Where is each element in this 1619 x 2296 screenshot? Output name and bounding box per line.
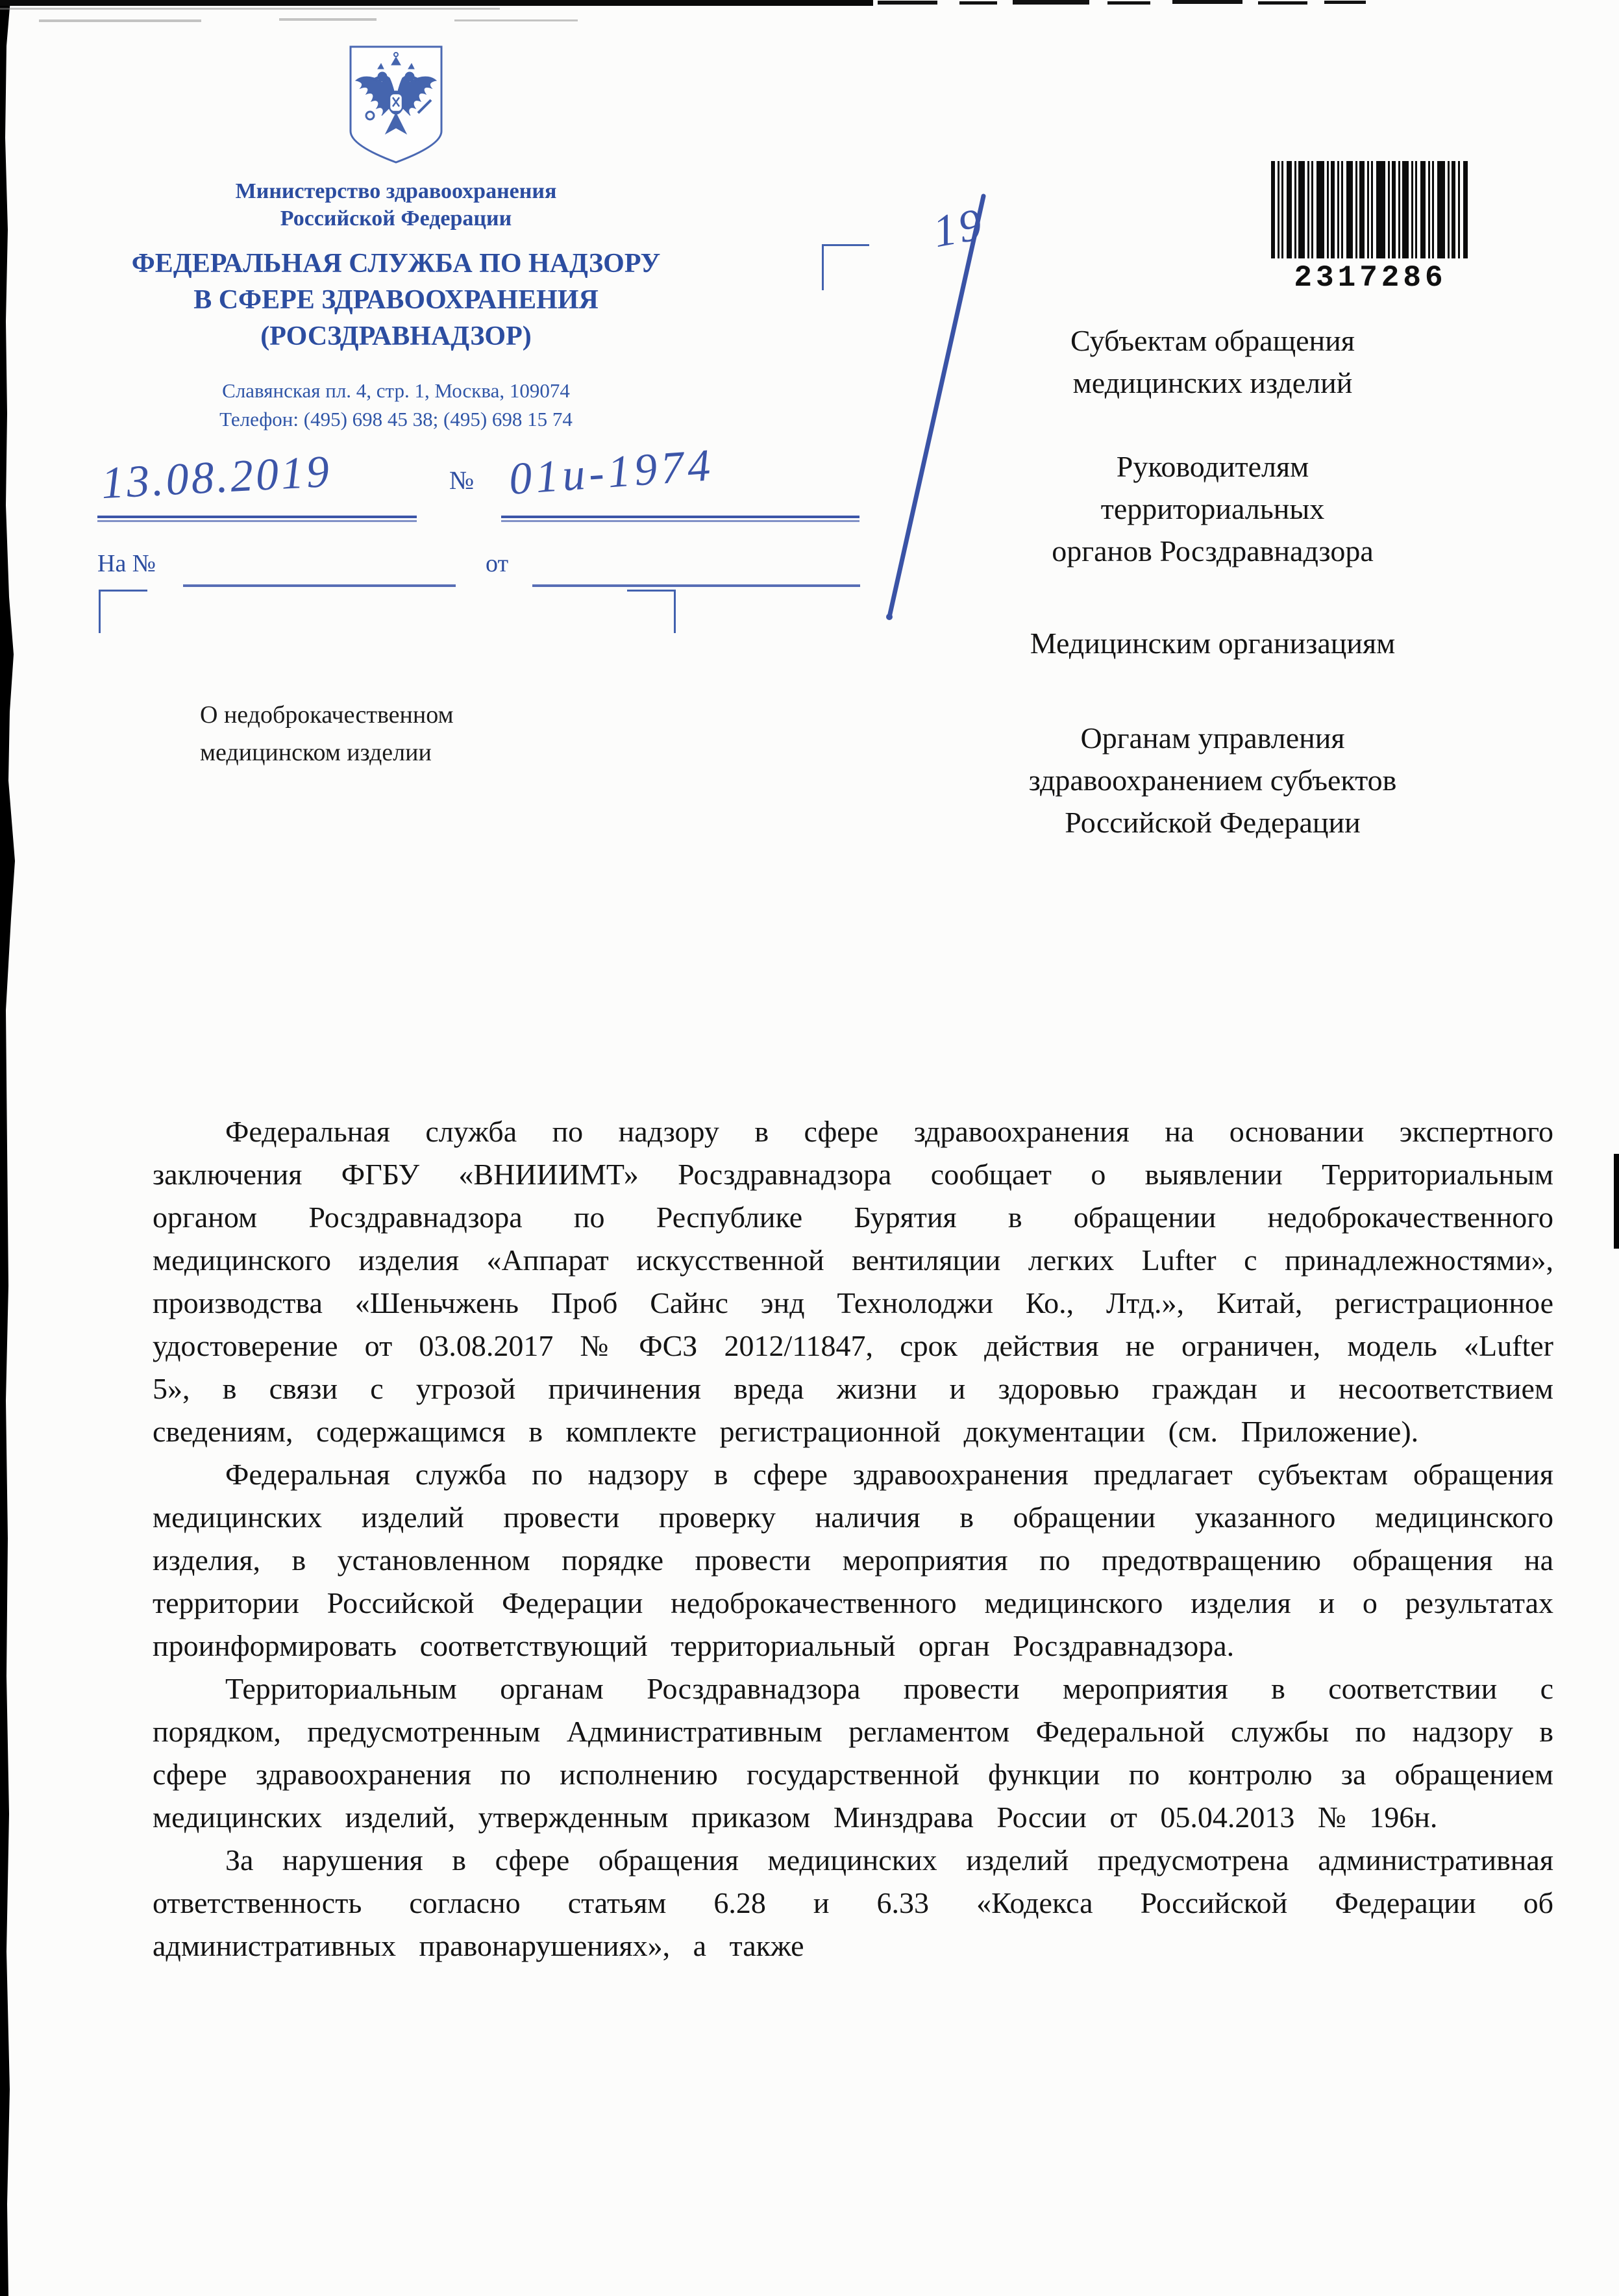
subject-line: медицинском изделии [200, 734, 654, 771]
agency-name-line: ФЕДЕРАЛЬНАЯ СЛУЖБА ПО НАДЗОРУ [97, 245, 695, 282]
body-paragraph: Федеральная служба по надзору в сфере зд… [153, 1110, 1553, 1453]
scan-artifact-top-dash [1324, 1, 1366, 4]
scan-artifact-gray-line [454, 19, 578, 21]
ministry-name-line: Российской Федерации [110, 205, 682, 232]
date-underline [97, 516, 417, 522]
scan-artifact-top-dash [1258, 1, 1307, 5]
scan-artifact-top-dash [1172, 0, 1242, 4]
agency-contacts: Славянская пл. 4, стр. 1, Москва, 109074… [110, 377, 682, 434]
recipient-group: Органам управления здравоохранением субъ… [908, 717, 1518, 843]
ministry-name-line: Министерство здравоохранения [110, 178, 682, 205]
recipient-group: Медицинским организациям [908, 622, 1518, 664]
scan-artifact-gray-line [39, 19, 201, 22]
agency-name-line: В СФЕРЕ ЗДРАВООХРАНЕНИЯ [97, 282, 695, 318]
coat-of-arms-icon [345, 43, 447, 166]
reply-from-underline [532, 584, 860, 587]
recipient-line: территориальных [908, 488, 1518, 530]
body-paragraph: Территориальным органам Росздравнадзора … [153, 1667, 1553, 1839]
barcode [1271, 161, 1470, 260]
recipient-group: Субъектам обращения медицинских изделий [908, 319, 1518, 404]
reply-number-underline [183, 584, 456, 587]
body-paragraph: За нарушения в сфере обращения медицинск… [153, 1839, 1553, 1967]
recipient-line: медицинских изделий [908, 362, 1518, 404]
agency-name-line: (РОСЗДРАВНАДЗОР) [97, 318, 695, 355]
letter-subject: О недоброкачественном медицинском издели… [200, 696, 654, 771]
recipient-zone-bracket [822, 244, 869, 290]
agency-address: Славянская пл. 4, стр. 1, Москва, 109074 [110, 377, 682, 405]
barcode-number: 2317286 [1267, 261, 1474, 295]
agency-phone: Телефон: (495) 698 45 38; (495) 698 15 7… [110, 405, 682, 434]
recipient-line: Руководителям [908, 445, 1518, 488]
number-sign: № [449, 465, 474, 495]
address-zone-bracket-left [99, 590, 147, 633]
outgoing-date-handwritten: 13.08.2019 [100, 446, 333, 510]
recipient-line: органов Росздравнадзора [908, 530, 1518, 572]
letter-body: Федеральная служба по надзору в сфере зд… [153, 1110, 1553, 1967]
scan-artifact-top-dash [878, 1, 937, 5]
agency-name: ФЕДЕРАЛЬНАЯ СЛУЖБА ПО НАДЗОРУ В СФЕРЕ ЗД… [97, 245, 695, 355]
outgoing-number-main: 01и-1974 [508, 440, 716, 506]
recipient-line: Субъектам обращения [908, 319, 1518, 362]
recipient-line: Медицинским организациям [908, 622, 1518, 664]
ministry-name: Министерство здравоохранения Российской … [110, 178, 682, 232]
reply-from-label: от [486, 549, 508, 578]
recipient-line: Органам управления [908, 717, 1518, 759]
number-underline [501, 516, 859, 522]
scan-artifact-gray-line [0, 8, 500, 10]
scanned-letter-page: Министерство здравоохранения Российской … [0, 0, 1619, 2296]
scan-artifact-right-dash [1614, 1154, 1619, 1249]
reply-number-label: На № [97, 549, 156, 578]
address-zone-bracket-right [627, 590, 676, 633]
recipient-line: здравоохранением субъектов [908, 759, 1518, 801]
scan-artifact-gray-line [279, 18, 377, 21]
body-paragraph: Федеральная служба по надзору в сфере зд… [153, 1453, 1553, 1667]
scan-artifact-top-dash [1107, 1, 1150, 5]
scan-artifact-top-dash [959, 1, 997, 5]
recipient-line: Российской Федерации [908, 801, 1518, 843]
recipient-group: Руководителям территориальных органов Ро… [908, 445, 1518, 572]
scan-artifact-left-edge [0, 0, 17, 2296]
scan-artifact-top-dash [1013, 0, 1089, 5]
subject-line: О недоброкачественном [200, 696, 654, 734]
scan-artifact-top-edge [0, 0, 873, 6]
